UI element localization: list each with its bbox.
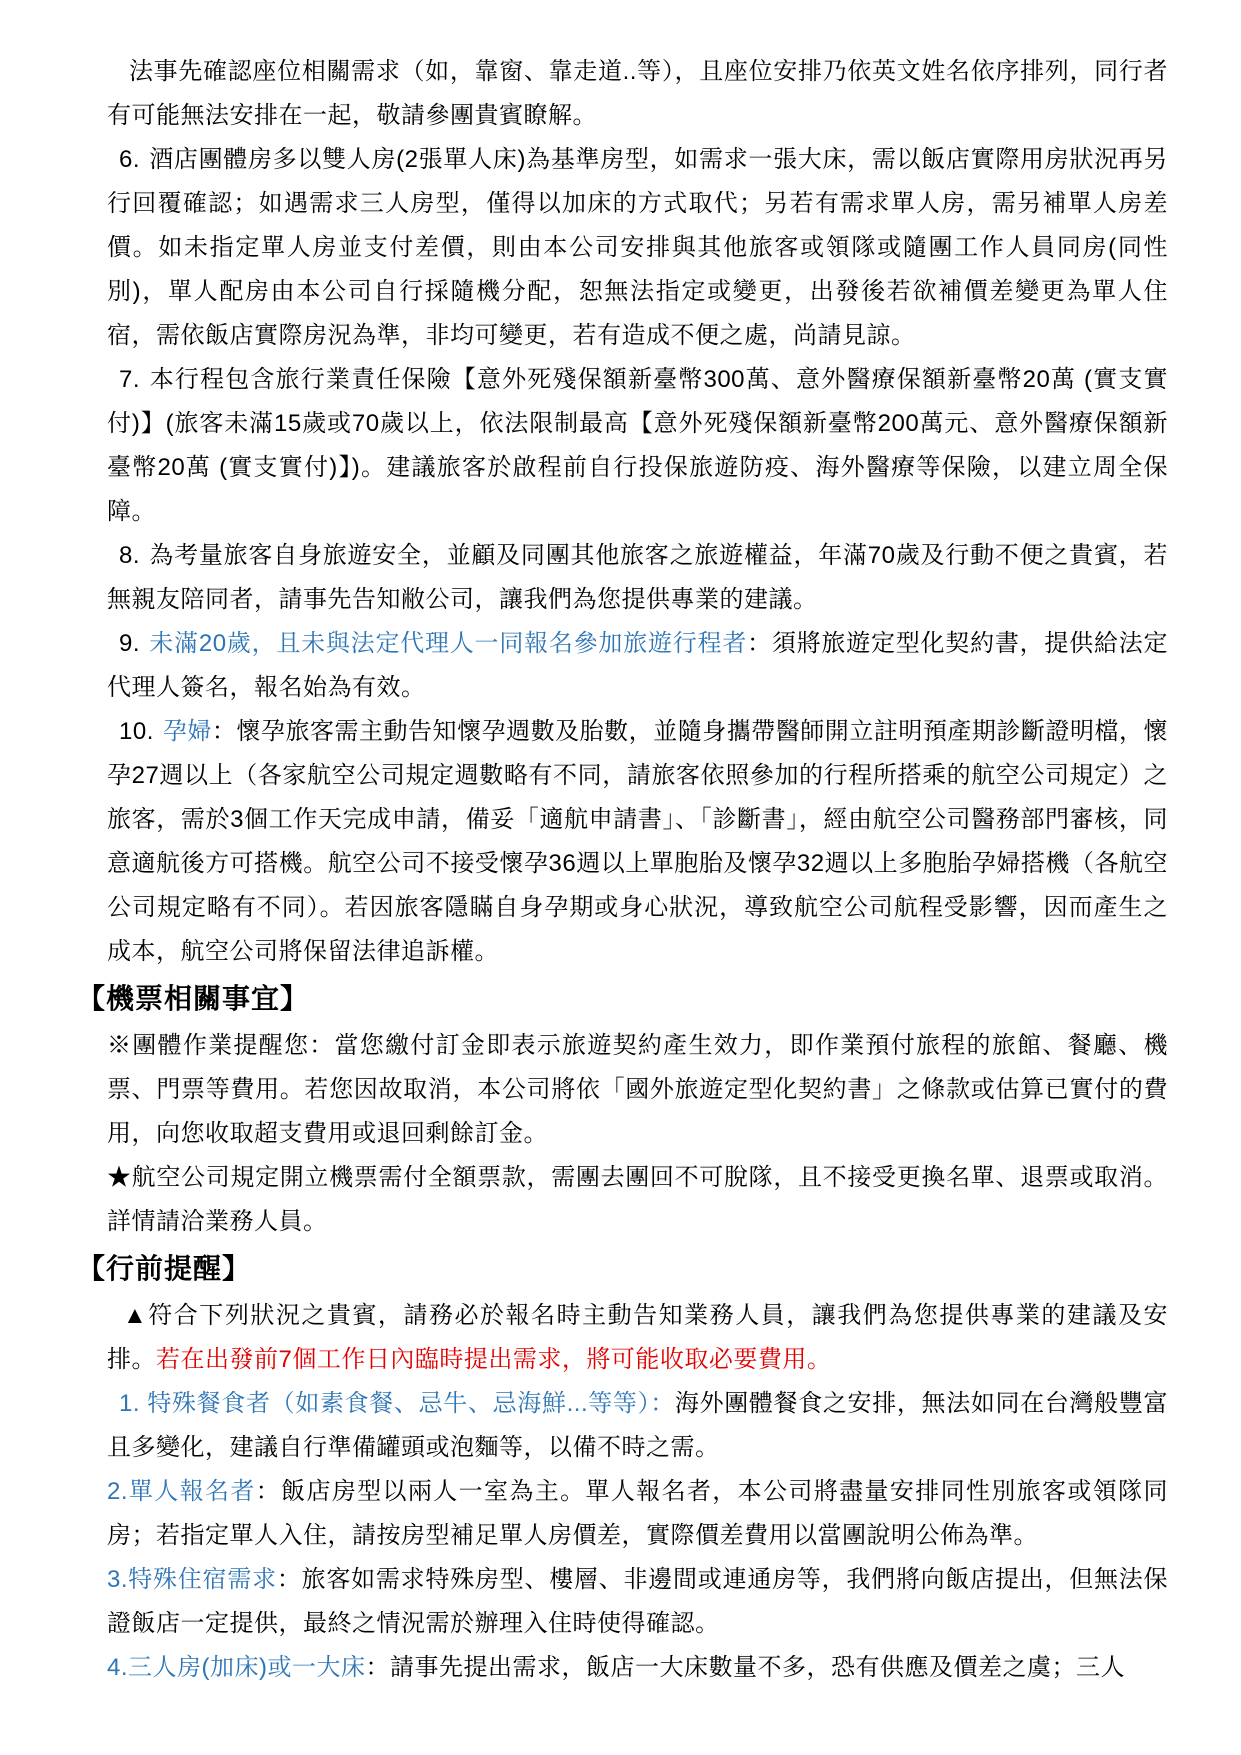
item-8-text: 為考量旅客自身旅遊安全，並顧及同團其他旅客之旅遊權益，年滿70歲及行動不便之貴賓… — [107, 542, 1168, 613]
notice-item-8-senior-safety: 8.為考量旅客自身旅遊安全，並顧及同團其他旅客之旅遊權益，年滿70歲及行動不便之… — [107, 534, 1168, 622]
item-6-text: 酒店團體房多以雙人房(2張單人床)為基準房型，如需求一張大床，需以飯店實際用房狀… — [107, 146, 1168, 349]
pretrip-intro: ▲符合下列狀況之貴賓，請務必於報名時主動告知業務人員，讓我們為您提供專業的建議及… — [107, 1294, 1168, 1382]
pretrip-item-1-special-meals: 1. 特殊餐食者（如素食餐、忌牛、忌海鮮...等等）：海外團體餐食之安排，無法如… — [107, 1382, 1168, 1470]
pretrip-item-3-special-lodging: 3.特殊住宿需求：旅客如需求特殊房型、樓層、非邊間或連通房等，我們將向飯店提出，… — [107, 1558, 1168, 1646]
item-7-number: 7. — [119, 366, 140, 393]
ticket-group-operation-note: ※團體作業提醒您：當您繳付訂金即表示旅遊契約產生效力，即作業預付旅程的旅館、餐廳… — [107, 1024, 1168, 1156]
document-content: 法事先確認座位相關需求（如，靠窗、靠走道..等），且座位安排乃依英文姓名依序排列… — [107, 50, 1168, 1690]
notice-item-6-hotel-rooms: 6.酒店團體房多以雙人房(2張單人床)為基準房型，如需求一張大床，需以飯店實際用… — [107, 138, 1168, 358]
item-10-number: 10. — [119, 718, 154, 745]
notice-item-9-minors: 9.未滿20歲，且未與法定代理人一同報名參加旅遊行程者：須將旅遊定型化契約書，提… — [107, 622, 1168, 710]
pretrip-item-4-highlight: 4.三人房(加床)或一大床 — [107, 1654, 366, 1681]
item-8-number: 8. — [119, 542, 140, 569]
pretrip-intro-fee-warning: 若在出發前7個工作日內臨時提出需求，將可能收取必要費用。 — [156, 1346, 831, 1373]
item-10-text: ：懷孕旅客需主動告知懷孕週數及胎數，並隨身攜帶醫師開立註明預產期診斷證明檔，懷孕… — [107, 718, 1168, 965]
section-title-pretrip-reminder: 【行前提醒】 — [77, 1245, 1168, 1293]
pretrip-item-2-single-registrant: 2.單人報名者：飯店房型以兩人一室為主。單人報名者，本公司將盡量安排同性別旅客或… — [107, 1470, 1168, 1558]
pretrip-item-3-highlight: 3.特殊住宿需求 — [107, 1566, 277, 1593]
pretrip-item-4-text: ：請事先提出需求，飯店一大床數量不多，恐有供應及價差之虞；三人 — [366, 1654, 1126, 1681]
pretrip-item-4-triple-room: 4.三人房(加床)或一大床：請事先提出需求，飯店一大床數量不多，恐有供應及價差之… — [107, 1646, 1168, 1690]
pretrip-item-2-highlight: 2.單人報名者 — [107, 1478, 256, 1505]
item-7-text: 本行程包含旅行業責任保險【意外死殘保額新臺幣300萬、意外醫療保額新臺幣20萬 … — [107, 366, 1168, 525]
notice-item-7-insurance: 7.本行程包含旅行業責任保險【意外死殘保額新臺幣300萬、意外醫療保額新臺幣20… — [107, 358, 1168, 534]
pretrip-item-1-highlight: 1. 特殊餐食者（如素食餐、忌牛、忌海鮮...等等）： — [119, 1390, 675, 1417]
section-title-ticket-matters: 【機票相關事宜】 — [77, 975, 1168, 1023]
notice-item-10-pregnant: 10.孕婦：懷孕旅客需主動告知懷孕週數及胎數，並隨身攜帶醫師開立註明預產期診斷證… — [107, 710, 1168, 974]
item-10-highlight: 孕婦 — [163, 718, 212, 745]
item-9-number: 9. — [119, 630, 140, 657]
item-6-number: 6. — [119, 146, 140, 173]
item-9-highlight: 未滿20歲，且未與法定代理人一同報名參加旅遊行程者 — [149, 630, 747, 657]
travel-terms-document-page: 法事先確認座位相關需求（如，靠窗、靠走道..等），且座位安排乃依英文姓名依序排列… — [0, 0, 1241, 1755]
seat-assignment-note-continuation: 法事先確認座位相關需求（如，靠窗、靠走道..等），且座位安排乃依英文姓名依序排列… — [107, 50, 1168, 138]
pretrip-item-2-text: ：飯店房型以兩人一室為主。單人報名者，本公司將盡量安排同性別旅客或領隊同房；若指… — [107, 1478, 1168, 1549]
ticket-airline-full-fare-note: ★航空公司規定開立機票需付全額票款，需團去團回不可脫隊，且不接受更換名單、退票或… — [107, 1156, 1168, 1244]
